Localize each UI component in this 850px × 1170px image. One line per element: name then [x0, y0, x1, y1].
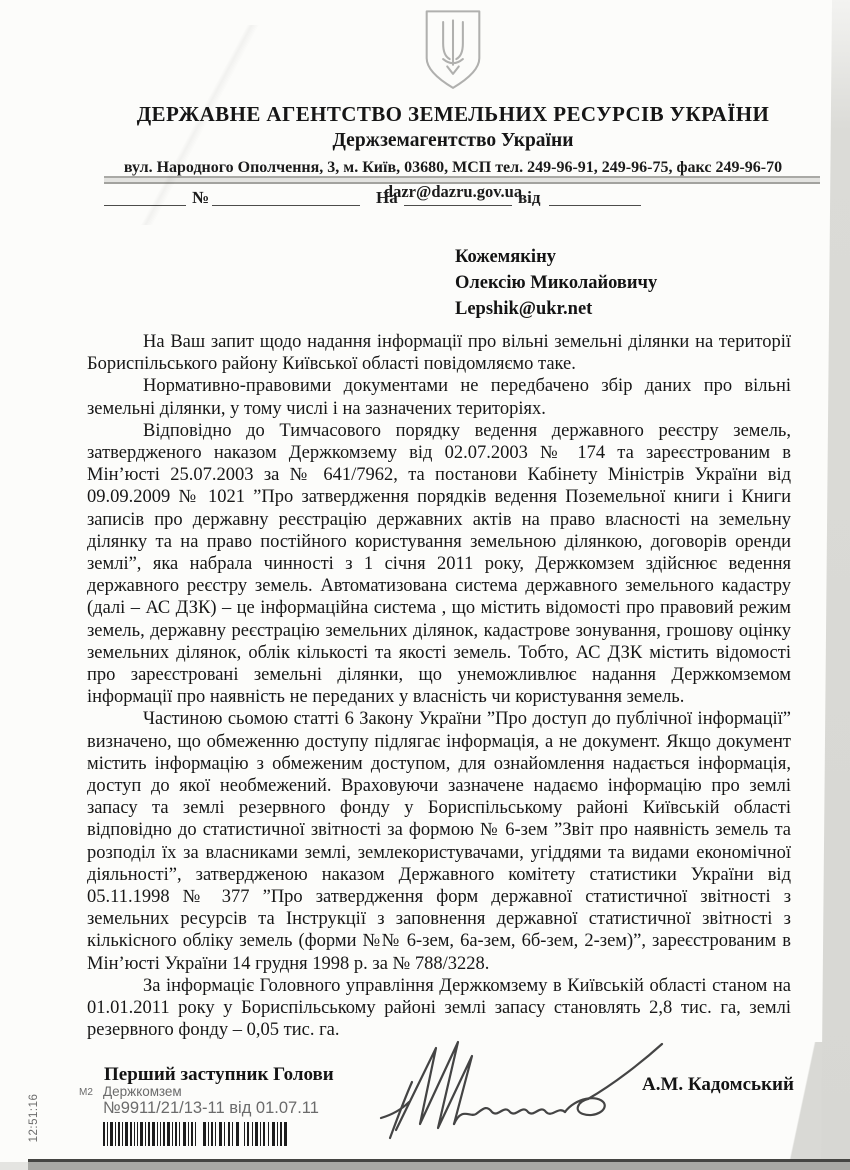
- stamp-registration-number: №9911/21/13-11 від 01.07.11: [103, 1099, 319, 1118]
- stamp-page-mark: М2: [79, 1087, 93, 1098]
- recipient-email: Lepshik@ukr.net: [455, 296, 657, 322]
- date-label: від: [518, 188, 541, 208]
- recipient-surname: Кожемякіну: [455, 244, 657, 270]
- stamp-scan-time: 12:51:16: [28, 1084, 40, 1152]
- scan-edge-right: [821, 0, 850, 1162]
- reference-blank-reply-number: [404, 189, 512, 206]
- reply-to-label: На: [376, 188, 398, 208]
- reference-blank-date: [549, 189, 641, 206]
- paragraph-3: Відповідно до Тимчасового порядку веденн…: [87, 420, 791, 709]
- barcode-icon: [103, 1122, 289, 1146]
- stamp-org-name: Держкомзем: [103, 1084, 182, 1099]
- paragraph-1: На Ваш запит щодо надання інформації про…: [87, 331, 791, 375]
- handwritten-signature: [374, 1030, 666, 1148]
- letter-body: На Ваш запит щодо надання інформації про…: [87, 331, 791, 1042]
- recipient-given-name: Олексію Миколайовичу: [455, 270, 657, 296]
- paragraph-4: Частиною сьомою статті 6 Закону України …: [87, 708, 791, 974]
- scan-edge-bottom: [28, 1159, 850, 1170]
- registration-stamp: 12:51:16 М2 Держкомзем №9911/21/13-11 ві…: [18, 1082, 348, 1154]
- scan-fold-mark: [95, 25, 305, 225]
- scanned-letter: ДЕРЖАВНЕ АГЕНТСТВО ЗЕМЕЛЬНИХ РЕСУРСІВ УК…: [0, 0, 850, 1170]
- ukraine-trident-shield-icon: [416, 8, 490, 92]
- paragraph-2: Нормативно-правовими документами не пере…: [87, 375, 791, 419]
- signer-name: А.М. Кадомський: [642, 1074, 794, 1096]
- scan-edge-bottom-left: [0, 1162, 28, 1170]
- recipient-block: Кожемякіну Олексію Миколайовичу Lepshik@…: [455, 244, 657, 322]
